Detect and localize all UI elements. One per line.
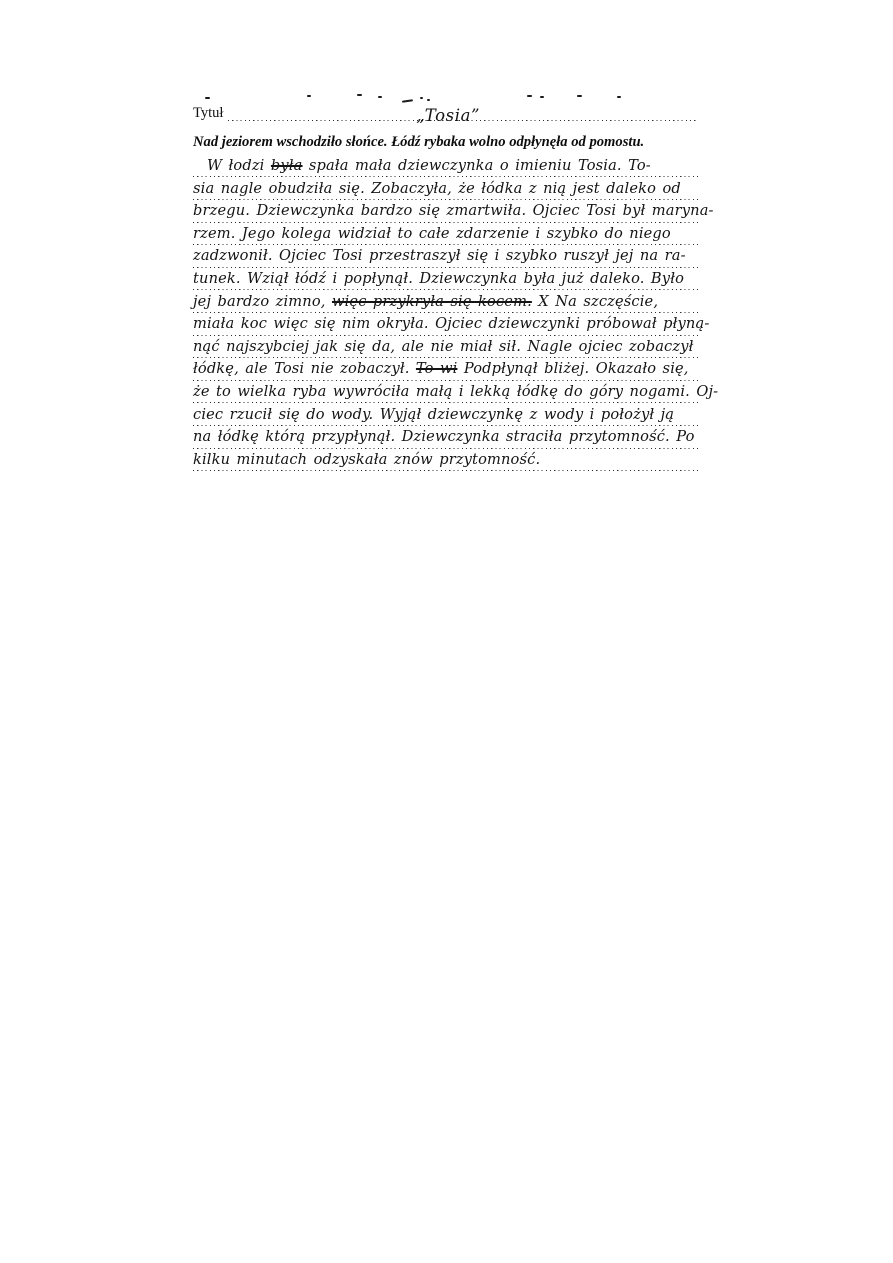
scan-artifact-mark [357, 94, 362, 96]
handwritten-text: że to wielka ryba wywróciła małą i lekką… [193, 383, 718, 400]
handwritten-text: W łodzi [207, 157, 271, 174]
handwritten-text: nąć najszybciej jak się da, ale nie miał… [193, 338, 694, 355]
essay: W łodzi była spała mała dziewczynka o im… [193, 155, 698, 471]
essay-line: brzegu. Dziewczynka bardzo się zmartwiła… [193, 200, 698, 223]
essay-line: nąć najszybciej jak się da, ale nie miał… [193, 336, 698, 359]
scan-artifact-mark [540, 96, 544, 98]
title-value: „Tosia” [416, 106, 480, 125]
essay-line: na łódkę którą przypłynął. Dziewczynka s… [193, 426, 698, 449]
handwritten-text: X Na szczęście, [532, 293, 658, 310]
struck-handwritten-text: więc przykryła się kocem. [332, 293, 532, 310]
handwritten-text: zadzwonił. Ojciec Tosi przestraszył się … [193, 247, 686, 264]
handwritten-text: miała koc więc się nim okryła. Ojciec dz… [193, 315, 709, 332]
handwritten-text: sia nagle obudziła się. Zobaczyła, że łó… [193, 180, 681, 197]
scan-artifact-mark [307, 95, 311, 97]
essay-line: rzem. Jego kolega widział to całe zdarze… [193, 223, 698, 246]
prompt-text: Nad jeziorem wschodziło słońce. Łódź ryb… [193, 134, 698, 151]
handwritten-text: spała mała dziewczynka o imieniu Tosia. … [303, 157, 651, 174]
handwritten-text: tunek. Wziął łódź i popłynął. Dziewczynk… [193, 270, 684, 287]
handwritten-text: brzegu. Dziewczynka bardzo się zmartwiła… [193, 202, 714, 219]
handwritten-text: na łódkę którą przypłynął. Dziewczynka s… [193, 428, 695, 445]
handwritten-text: rzem. Jego kolega widział to całe zdarze… [193, 225, 671, 242]
title-field: „Tosia” [228, 104, 698, 121]
scan-artifact-mark [527, 95, 532, 97]
essay-line: tunek. Wziął łódź i popłynął. Dziewczynk… [193, 268, 698, 291]
essay-line: miała koc więc się nim okryła. Ojciec dz… [193, 313, 698, 336]
scanned-essay-page: Tytuł „Tosia” Nad jeziorem wschodziło sł… [0, 0, 893, 1263]
scan-artifact-mark [427, 99, 430, 101]
handwritten-text: jej bardzo zimno, [193, 293, 332, 310]
essay-line: łódkę, ale Tosi nie zobaczył. To wi Podp… [193, 358, 698, 381]
struck-handwritten-text: To wi [416, 360, 458, 377]
scan-artifact-mark [420, 97, 423, 99]
handwritten-text: kilku minutach odzyskała znów przytomnoś… [193, 451, 540, 468]
essay-line: zadzwonił. Ojciec Tosi przestraszył się … [193, 245, 698, 268]
scan-artifact-mark [205, 97, 210, 99]
handwritten-text: Podpłynął bliżej. Okazało się, [457, 360, 688, 377]
essay-line: kilku minutach odzyskała znów przytomnoś… [193, 449, 698, 472]
essay-line: ciec rzucił się do wody. Wyjął dziewczyn… [193, 404, 698, 427]
struck-handwritten-text: była [271, 157, 303, 174]
essay-line: jej bardzo zimno, więc przykryła się koc… [193, 291, 698, 314]
scan-artifact-mark [577, 95, 582, 97]
essay-line: że to wielka ryba wywróciła małą i lekką… [193, 381, 698, 404]
essay-line: sia nagle obudziła się. Zobaczyła, że łó… [193, 178, 698, 201]
title-label: Tytuł [193, 106, 228, 122]
scan-artifact-mark [402, 99, 413, 103]
essay-line: W łodzi była spała mała dziewczynka o im… [193, 155, 698, 178]
scan-artifact-mark [378, 96, 382, 98]
scan-artifact-mark [617, 96, 621, 98]
handwritten-text: łódkę, ale Tosi nie zobaczył. [193, 360, 416, 377]
handwritten-text: ciec rzucił się do wody. Wyjął dziewczyn… [193, 406, 674, 423]
title-row: Tytuł „Tosia” [193, 104, 698, 121]
